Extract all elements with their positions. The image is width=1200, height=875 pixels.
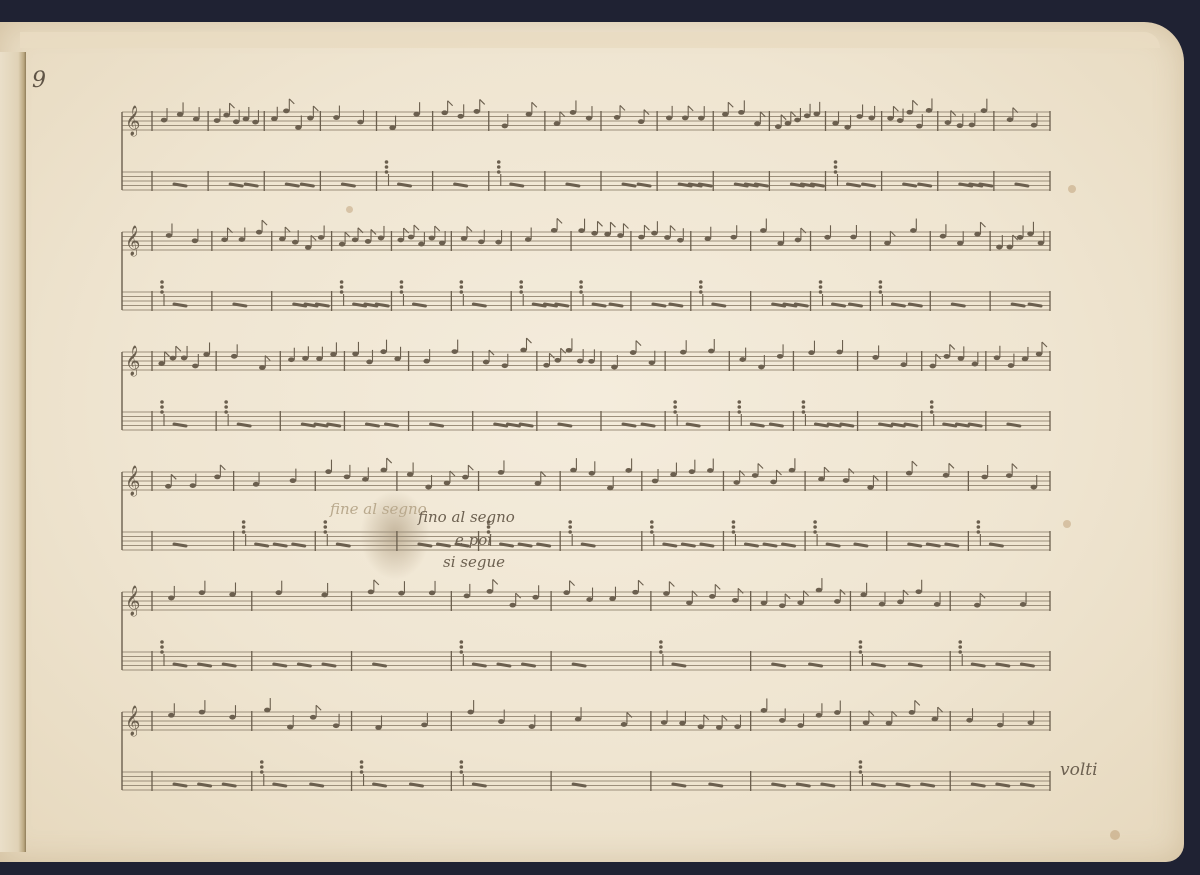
treble-clef-icon: 𝄞 [125,345,140,377]
treble-clef-icon: 𝄞 [125,705,140,737]
annotation-volti: volti [1060,760,1098,780]
treble-clef-icon: 𝄞 [125,465,140,497]
system-4: 𝄞 [122,458,1050,551]
treble-clef-icon: 𝄞 [125,105,140,137]
annotation-fino-al-segno: fino al segno [418,508,515,526]
treble-clef-icon: 𝄞 [125,585,140,617]
system-6: 𝄞 [122,698,1050,791]
system-5: 𝄞 [122,578,1050,671]
annotation-e-poi: e poi [455,531,492,549]
treble-clef-icon: 𝄞 [125,225,140,257]
annotation-fine-faint: fine al segno [330,500,427,518]
annotation-si-segue: si segue [443,553,505,571]
music-score: 𝄞𝄞𝄞𝄞𝄞𝄞 [0,0,1200,875]
system-2: 𝄞 [122,218,1050,311]
system-1: 𝄞 [122,98,1050,191]
system-3: 𝄞 [122,338,1050,431]
